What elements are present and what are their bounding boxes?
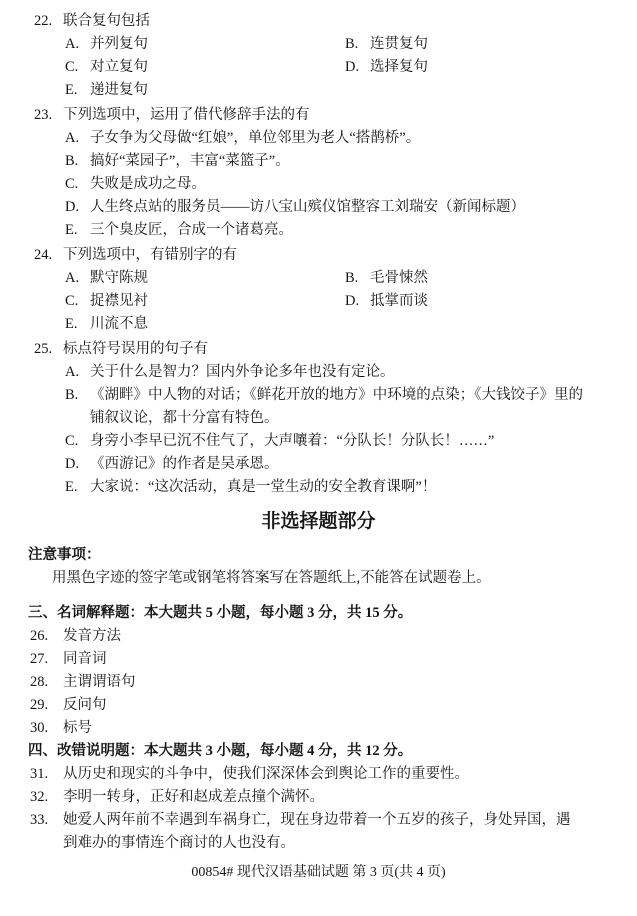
- options-row: C. 捉襟见衬 D. 抵掌而谈: [65, 290, 637, 313]
- option-text: 身旁小李早已沉不住气了，大声嚷着：“分队长！分队长！……”: [90, 430, 587, 453]
- option-text: 捉襟见衬: [90, 290, 345, 313]
- option-text: 默守陈规: [90, 267, 345, 290]
- notes-text: 用黑色字迹的签字笔或钢笔将答案写在答题纸上,不能答在试题卷上。: [0, 567, 637, 590]
- item-31: 31. 从历史和现实的斗争中，使我们深深体会到舆论工作的重要性。: [0, 763, 637, 786]
- section4-header: 四、改错说明题：本大题共 3 小题，每小题 4 分，共 12 分。: [0, 740, 637, 763]
- item-number: 32.: [30, 786, 63, 809]
- option-label: D.: [65, 196, 90, 219]
- option-label: B.: [65, 150, 90, 173]
- item-text: 反问句: [63, 694, 583, 717]
- option-label: B.: [65, 384, 90, 430]
- option-label: A.: [65, 33, 90, 56]
- option-text: 抵掌而谈: [370, 290, 625, 313]
- option-text: 失败是成功之母。: [90, 173, 587, 196]
- option-text: 递进复句: [90, 79, 345, 102]
- page-footer: 00854# 现代汉语基础试题 第 3 页(共 4 页): [0, 862, 637, 884]
- option-d: D. 人生终点站的服务员——访八宝山殡仪馆整容工刘瑞安（新闻标题）: [0, 196, 637, 219]
- item-33: 33. 她爱人两年前不幸遇到车祸身亡，现在身边带着一个五岁的孩子，身处异国，遇到…: [0, 809, 637, 855]
- option-text: 毛骨悚然: [370, 267, 625, 290]
- option-label: A.: [65, 267, 90, 290]
- item-number: 27.: [30, 648, 63, 671]
- item-27: 27. 同音词: [0, 648, 637, 671]
- item-text: 主谓谓语句: [63, 671, 583, 694]
- question-stem: 下列选项中，运用了借代修辞手法的有: [63, 104, 310, 127]
- option-d: D. 《西游记》的作者是吴承恩。: [0, 453, 637, 476]
- item-32: 32. 李明一转身，正好和赵成差点撞个满怀。: [0, 786, 637, 809]
- options-row: C. 对立复句 D. 选择复句: [65, 56, 637, 79]
- item-number: 28.: [30, 671, 63, 694]
- option-b: B. 搞好“菜园子”，丰富“菜篮子”。: [0, 150, 637, 173]
- option-text: 人生终点站的服务员——访八宝山殡仪馆整容工刘瑞安（新闻标题）: [90, 196, 587, 219]
- option-label: C.: [65, 430, 90, 453]
- option-a: A. 关于什么是智力？国内外争论多年也没有定论。: [0, 361, 637, 384]
- item-text: 她爱人两年前不幸遇到车祸身亡，现在身边带着一个五岁的孩子，身处异国，遇到难办的事…: [63, 809, 583, 855]
- item-text: 从历史和现实的斗争中，使我们深深体会到舆论工作的重要性。: [63, 763, 583, 786]
- question-number: 24.: [34, 244, 63, 267]
- item-30: 30. 标号: [0, 717, 637, 740]
- option-text: 选择复句: [370, 56, 625, 79]
- item-number: 26.: [30, 625, 63, 648]
- exam-page: 22. 联合复句包括 A. 并列复句 B. 连贯复句 C.: [0, 0, 637, 916]
- options-row: E. 川流不息: [65, 313, 637, 336]
- option-b: B. 毛骨悚然: [345, 267, 625, 290]
- question-stem-line: 23. 下列选项中，运用了借代修辞手法的有: [0, 104, 637, 127]
- item-26: 26. 发音方法: [0, 625, 637, 648]
- option-b: B. 《湖畔》中人物的对话；《鲜花开放的地方》中环境的点染；《大钱饺子》里的铺叙…: [0, 384, 637, 430]
- question-stem-line: 22. 联合复句包括: [0, 10, 637, 33]
- option-label: C.: [65, 290, 90, 313]
- item-28: 28. 主谓谓语句: [0, 671, 637, 694]
- option-c: C. 对立复句: [65, 56, 345, 79]
- exam-content: 22. 联合复句包括 A. 并列复句 B. 连贯复句 C.: [0, 0, 637, 855]
- option-text: 川流不息: [90, 313, 345, 336]
- option-text: 连贯复句: [370, 33, 625, 56]
- option-c: C. 身旁小李早已沉不住气了，大声嚷着：“分队长！分队长！……”: [0, 430, 637, 453]
- option-label: E.: [65, 313, 90, 336]
- option-a: A. 默守陈规: [65, 267, 345, 290]
- options-row: E. 递进复句: [65, 79, 637, 102]
- question-stem-line: 24. 下列选项中，有错别字的有: [0, 244, 637, 267]
- option-e: E. 大家说：“这次活动，真是一堂生动的安全教育课啊”！: [0, 476, 637, 499]
- option-label: C.: [65, 173, 90, 196]
- option-label: B.: [345, 33, 370, 56]
- option-label: D.: [345, 56, 370, 79]
- section3-header: 三、名词解释题：本大题共 5 小题，每小题 3 分，共 15 分。: [0, 602, 637, 625]
- option-label: E.: [65, 79, 90, 102]
- option-text: 搞好“菜园子”，丰富“菜篮子”。: [90, 150, 587, 173]
- option-b: B. 连贯复句: [345, 33, 625, 56]
- item-29: 29. 反问句: [0, 694, 637, 717]
- item-number: 33.: [30, 809, 63, 855]
- question-number: 23.: [34, 104, 63, 127]
- item-text: 李明一转身，正好和赵成差点撞个满怀。: [63, 786, 583, 809]
- option-a: A. 子女争为父母做“红娘”，单位邻里为老人“搭鹊桥”。: [0, 127, 637, 150]
- option-label: B.: [345, 267, 370, 290]
- option-a: A. 并列复句: [65, 33, 345, 56]
- question-stem: 联合复句包括: [63, 10, 150, 33]
- option-text: 子女争为父母做“红娘”，单位邻里为老人“搭鹊桥”。: [90, 127, 587, 150]
- item-text: 标号: [63, 717, 583, 740]
- options-row: A. 默守陈规 B. 毛骨悚然: [65, 267, 637, 290]
- option-d: D. 选择复句: [345, 56, 625, 79]
- item-number: 31.: [30, 763, 63, 786]
- question-stem-line: 25. 标点符号误用的句子有: [0, 338, 637, 361]
- option-label: C.: [65, 56, 90, 79]
- section-title: 非选择题部分: [0, 509, 637, 535]
- question-22: 22. 联合复句包括 A. 并列复句 B. 连贯复句 C.: [0, 10, 637, 102]
- option-label: D.: [65, 453, 90, 476]
- option-label: E.: [65, 219, 90, 242]
- item-text: 同音词: [63, 648, 583, 671]
- option-c: C. 捉襟见衬: [65, 290, 345, 313]
- option-text: 大家说：“这次活动，真是一堂生动的安全教育课啊”！: [90, 476, 587, 499]
- question-stem: 下列选项中，有错别字的有: [63, 244, 237, 267]
- option-text: 对立复句: [90, 56, 345, 79]
- option-e: E. 递进复句: [65, 79, 345, 102]
- item-text: 发音方法: [63, 625, 583, 648]
- notes-label: 注意事项：: [0, 544, 637, 567]
- question-number: 25.: [34, 338, 63, 361]
- option-c: C. 失败是成功之母。: [0, 173, 637, 196]
- option-text: 关于什么是智力？国内外争论多年也没有定论。: [90, 361, 587, 384]
- options-grid: A. 默守陈规 B. 毛骨悚然 C. 捉襟见衬 D. 抵掌而谈: [0, 267, 637, 336]
- option-label: E.: [65, 476, 90, 499]
- option-label: A.: [65, 127, 90, 150]
- option-text: 并列复句: [90, 33, 345, 56]
- option-e: E. 川流不息: [65, 313, 345, 336]
- question-stem: 标点符号误用的句子有: [63, 338, 208, 361]
- question-25: 25. 标点符号误用的句子有 A. 关于什么是智力？国内外争论多年也没有定论。 …: [0, 338, 637, 499]
- option-text: 《西游记》的作者是吴承恩。: [90, 453, 587, 476]
- item-number: 30.: [30, 717, 63, 740]
- option-label: D.: [345, 290, 370, 313]
- option-d: D. 抵掌而谈: [345, 290, 625, 313]
- options-grid: A. 并列复句 B. 连贯复句 C. 对立复句 D. 选择复句: [0, 33, 637, 102]
- question-24: 24. 下列选项中，有错别字的有 A. 默守陈规 B. 毛骨悚然 C.: [0, 244, 637, 336]
- option-label: A.: [65, 361, 90, 384]
- option-text: 《湖畔》中人物的对话；《鲜花开放的地方》中环境的点染；《大钱饺子》里的铺叙议论，…: [90, 384, 587, 430]
- option-e: E. 三个臭皮匠，合成一个诸葛亮。: [0, 219, 637, 242]
- item-number: 29.: [30, 694, 63, 717]
- question-number: 22.: [34, 10, 63, 33]
- option-text: 三个臭皮匠，合成一个诸葛亮。: [90, 219, 587, 242]
- options-row: A. 并列复句 B. 连贯复句: [65, 33, 637, 56]
- question-23: 23. 下列选项中，运用了借代修辞手法的有 A. 子女争为父母做“红娘”，单位邻…: [0, 104, 637, 242]
